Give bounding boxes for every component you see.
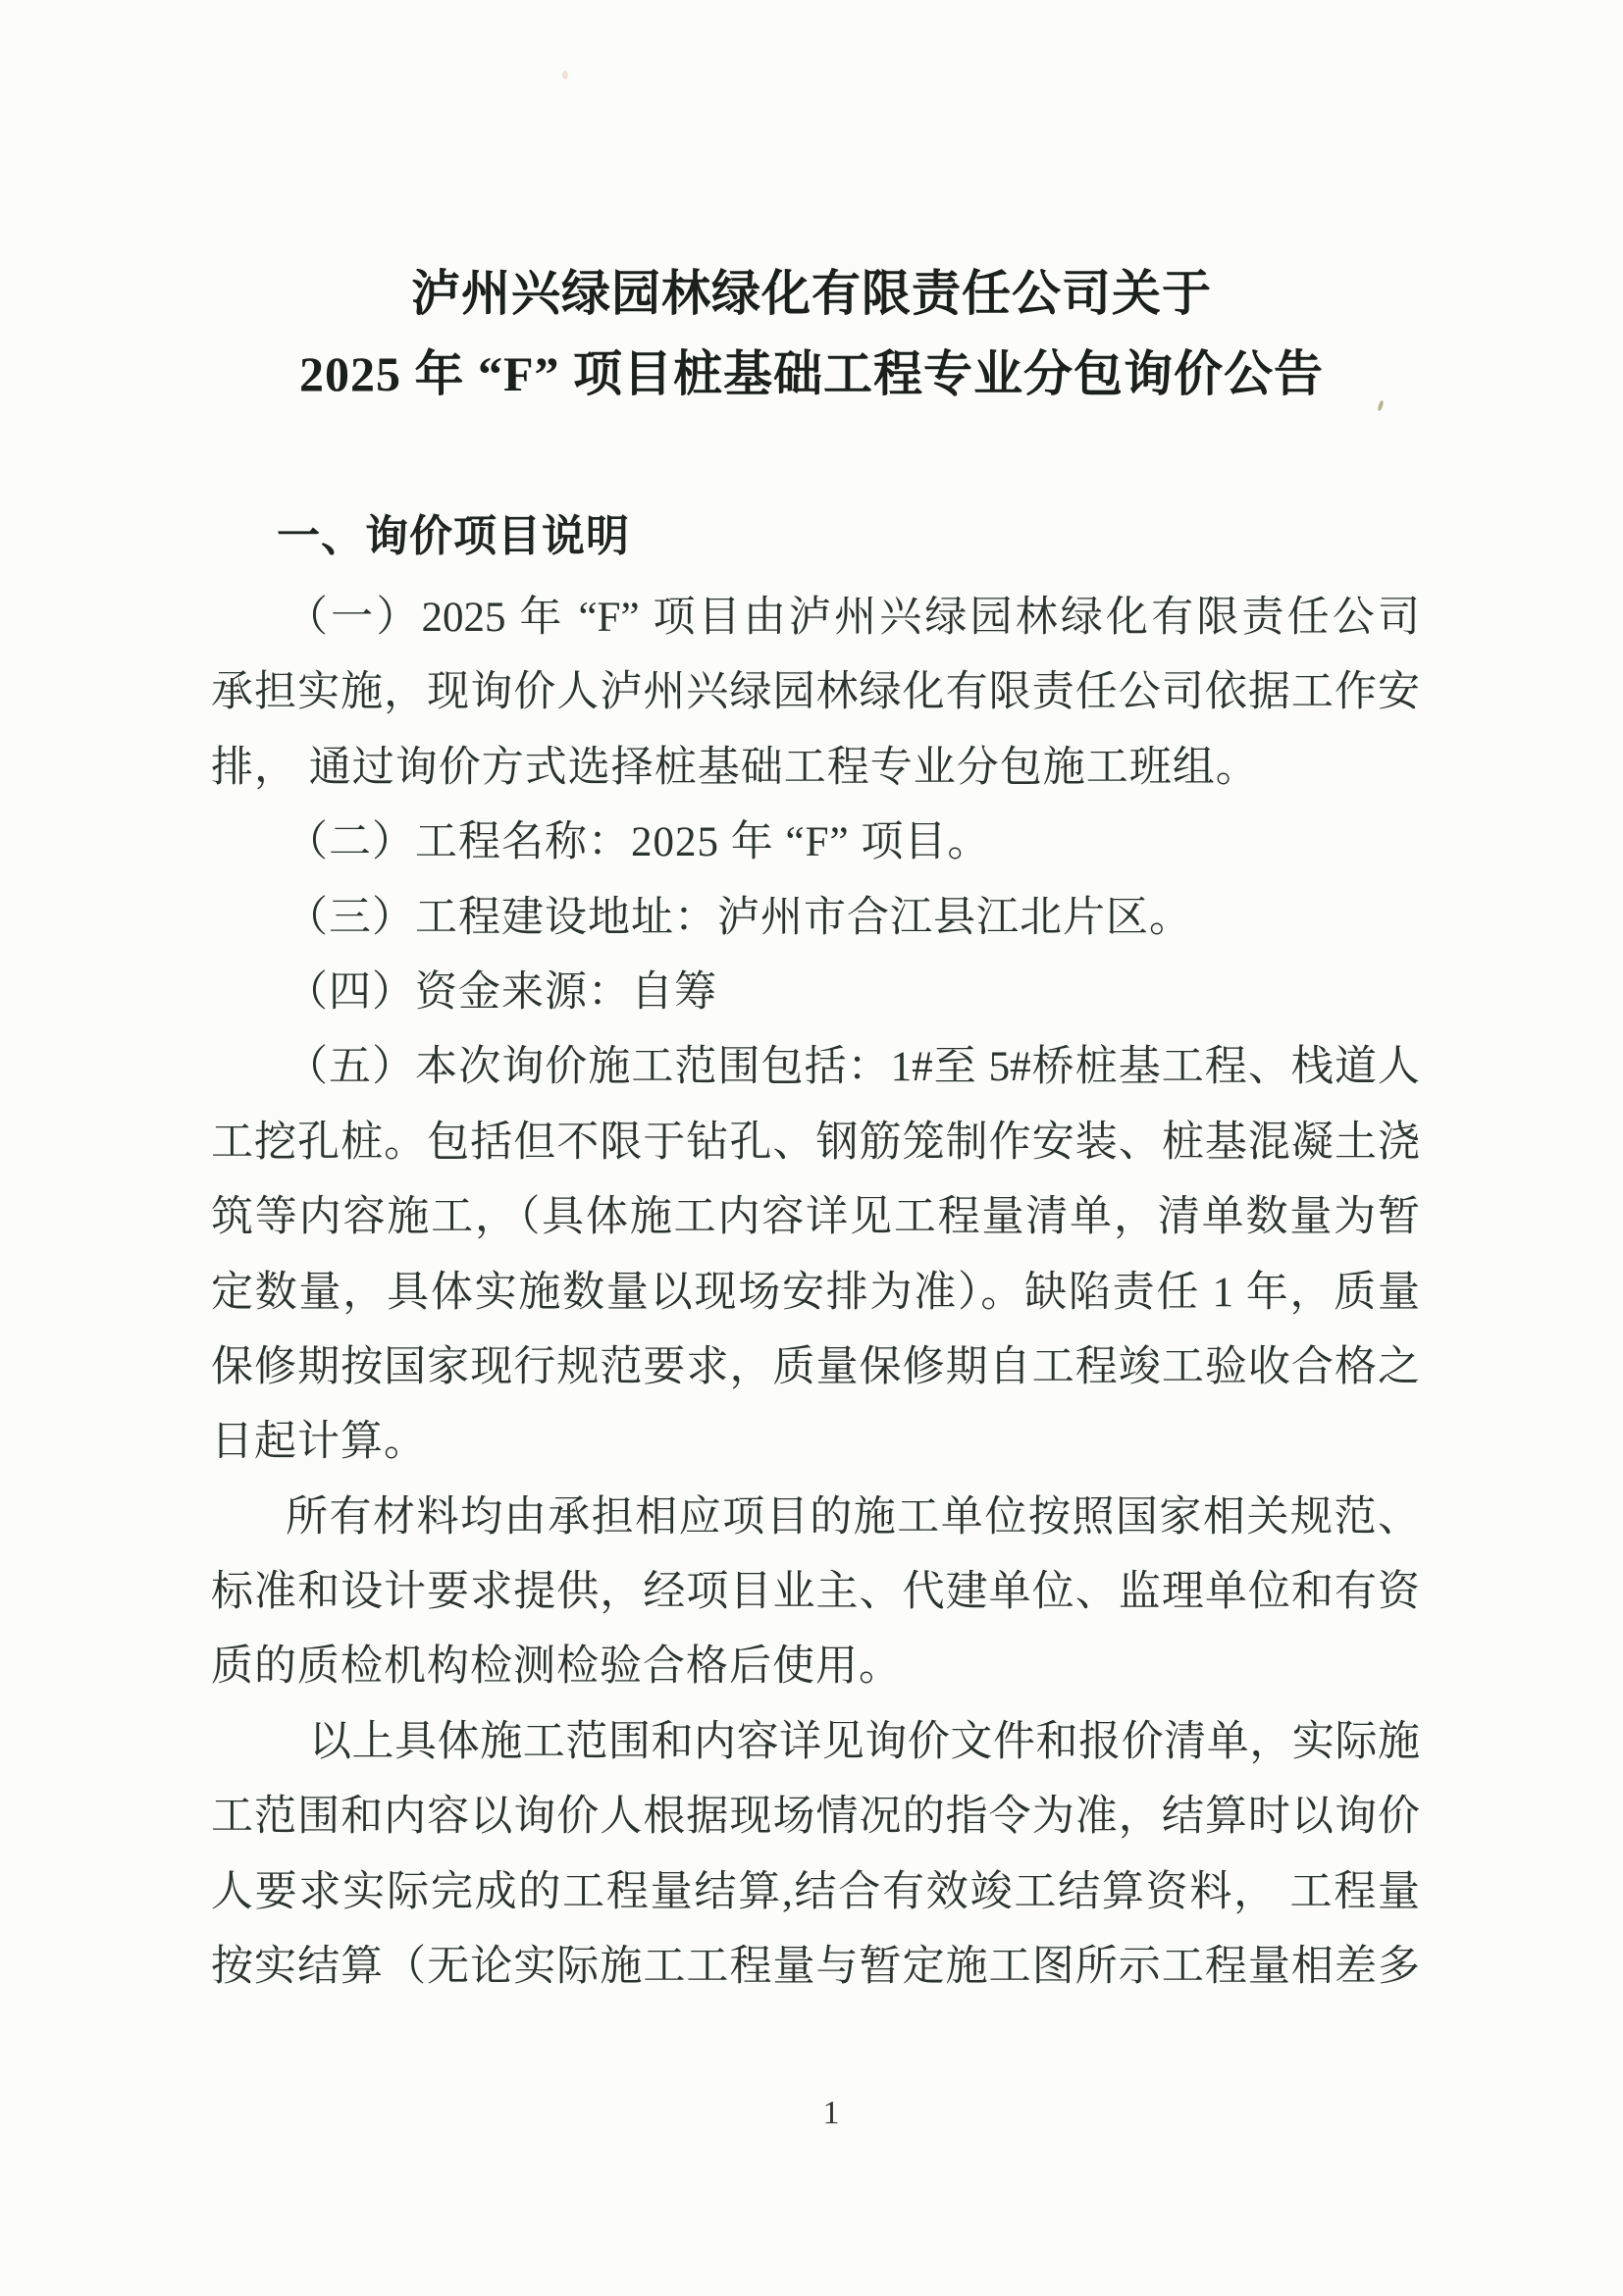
document-title-line-2: 2025 年 “F” 项目桩基础工程专业分包询价公告 bbox=[0, 334, 1623, 414]
body-line: （三）工程建设地址：泸州市合江县江北片区。 bbox=[286, 881, 1420, 956]
document-title-line-1: 泸州兴绿园林绿化有限责任公司关于 bbox=[0, 253, 1623, 334]
body-line: 标准和设计要求提供，经项目业主、代建单位、监理单位和有资 bbox=[211, 1555, 1420, 1630]
body-line: 日起计算。 bbox=[211, 1405, 1420, 1480]
body-line: 定数量，具体实施数量以现场安排为准）。缺陷责任 1 年，质量 bbox=[211, 1256, 1420, 1331]
body-line: 人要求实际完成的工程量结算,结合有效竣工结算资料， 工程量 bbox=[211, 1855, 1420, 1930]
body-line: 筑等内容施工，（具体施工内容详见工程量清单，清单数量为暂 bbox=[211, 1180, 1420, 1255]
body-line: 排， 通过询价方式选择桩基础工程专业分包施工班组。 bbox=[211, 731, 1420, 806]
body-line: 按实结算（无论实际施工工程量与暂定施工图所示工程量相差多 bbox=[211, 1930, 1420, 2005]
body-line: （一）2025 年 “F” 项目由泸州兴绿园林绿化有限责任公司 bbox=[286, 581, 1420, 655]
body-line: 工范围和内容以询价人根据现场情况的指令为准，结算时以询价 bbox=[211, 1780, 1420, 1854]
body-line: 质的质检机构检测检验合格后使用。 bbox=[211, 1630, 1420, 1704]
scan-speck bbox=[562, 71, 568, 79]
body-line: （四）资金来源：自筹 bbox=[286, 956, 1420, 1030]
body-line: 工挖孔桩。包括但不限于钻孔、钢筋笼制作安装、桩基混凝土浇 bbox=[211, 1106, 1420, 1180]
body-line: （五）本次询价施工范围包括：1#至 5#桥桩基工程、栈道人 bbox=[286, 1030, 1420, 1105]
body-line: 承担实施，现询价人泸州兴绿园林绿化有限责任公司依据工作安 bbox=[211, 655, 1420, 730]
body-lines: （一）2025 年 “F” 项目由泸州兴绿园林绿化有限责任公司承担实施，现询价人… bbox=[211, 581, 1420, 2005]
document-page: 泸州兴绿园林绿化有限责任公司关于 2025 年 “F” 项目桩基础工程专业分包询… bbox=[0, 0, 1623, 2296]
section-heading: 一、询价项目说明 bbox=[277, 508, 630, 565]
body-line: 所有材料均由承担相应项目的施工单位按照国家相关规范、 bbox=[286, 1481, 1420, 1555]
document-title: 泸州兴绿园林绿化有限责任公司关于 2025 年 “F” 项目桩基础工程专业分包询… bbox=[0, 253, 1623, 414]
body-line: 保修期按国家现行规范要求，质量保修期自工程竣工验收合格之 bbox=[211, 1331, 1420, 1405]
body-line: 以上具体施工范围和内容详见询价文件和报价清单，实际施 bbox=[309, 1705, 1420, 1780]
page-number: 1 bbox=[811, 2094, 851, 2133]
body-line: （二）工程名称：2025 年 “F” 项目。 bbox=[286, 806, 1420, 880]
